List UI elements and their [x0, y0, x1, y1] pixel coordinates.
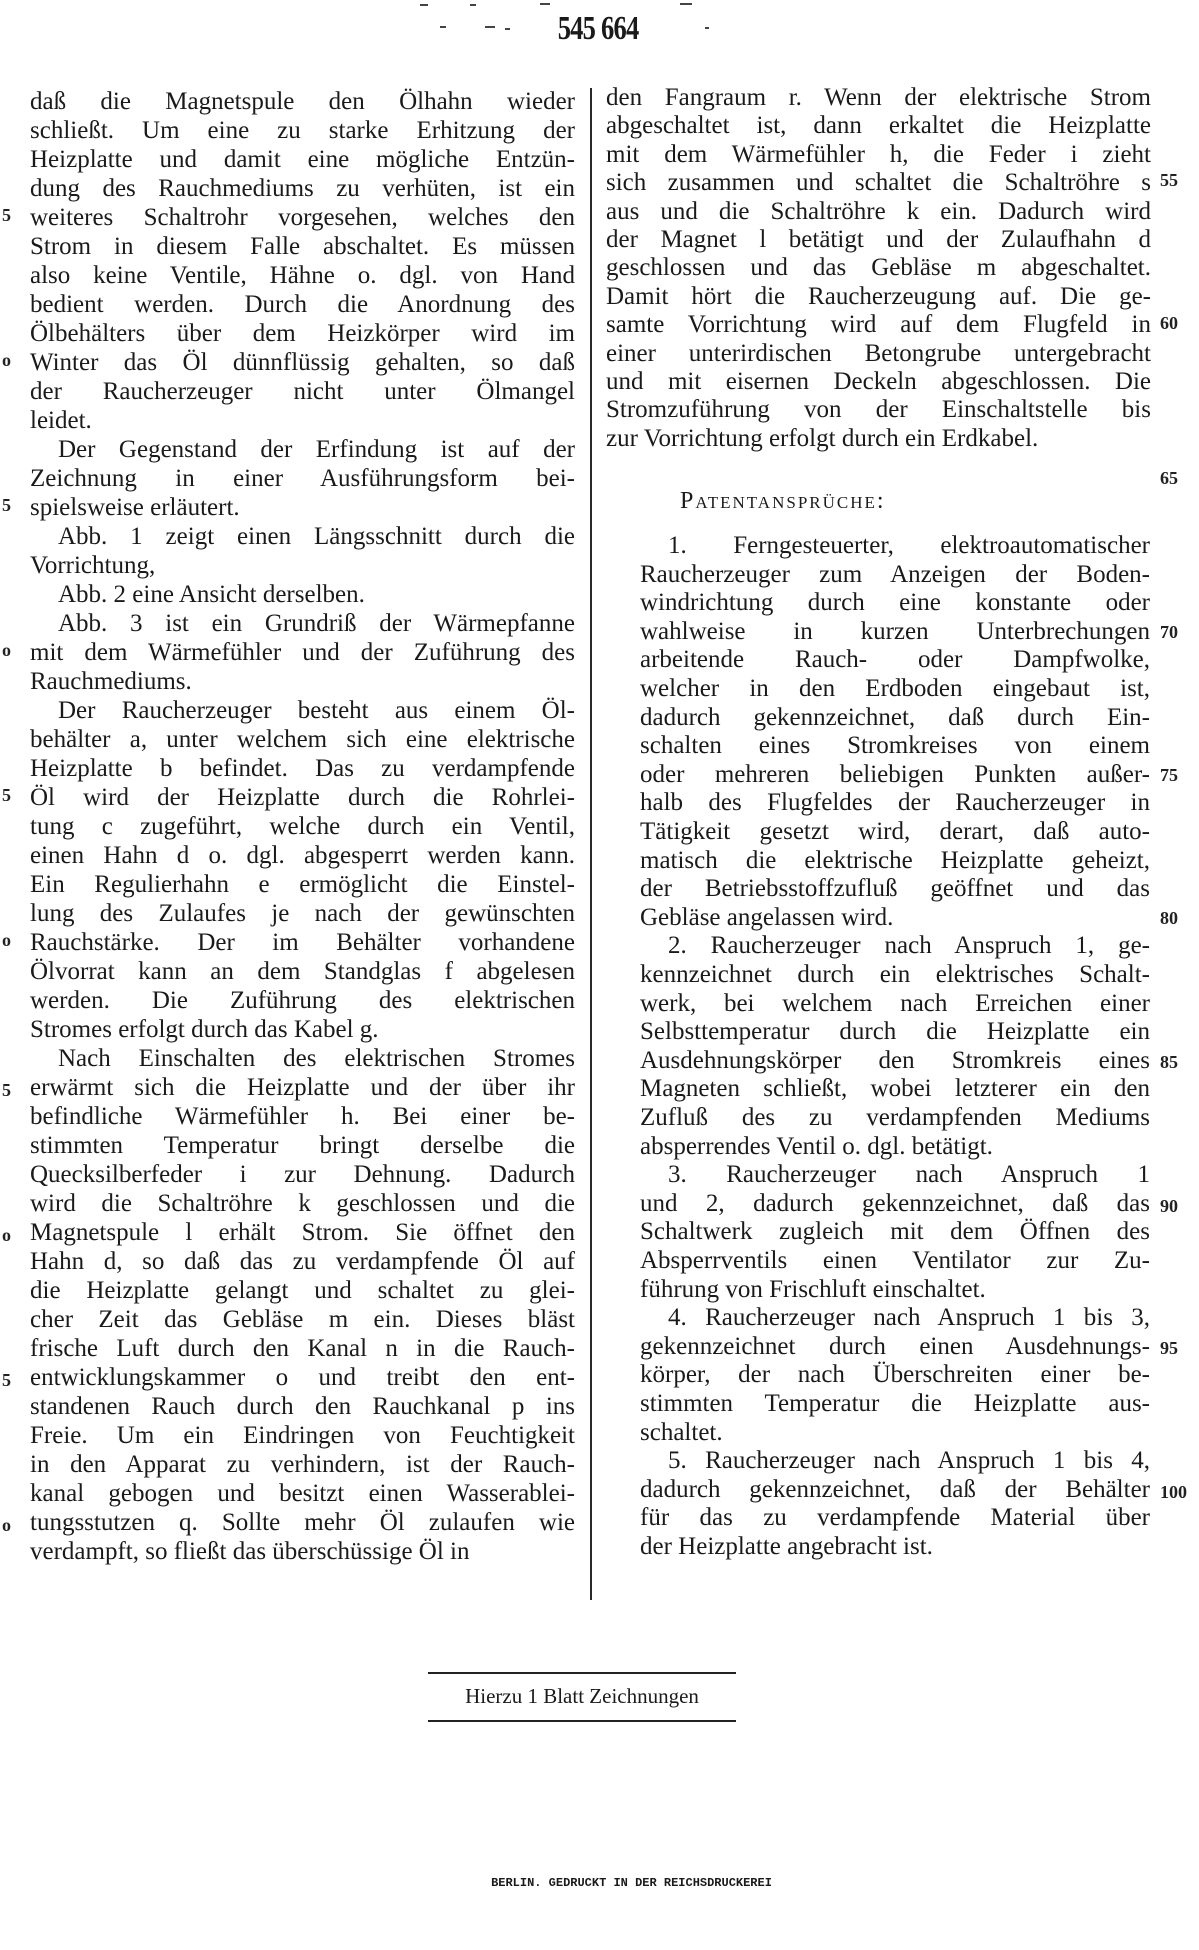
- text-line: dadurch gekennzeichnet, daß durch Ein-: [640, 704, 1150, 732]
- scan-artifact: [440, 26, 446, 28]
- text-line: Winter das Öl dünnflüssig gehalten, so d…: [30, 349, 575, 377]
- text-line: körper, der nach Überschreiten einer be-: [640, 1361, 1150, 1389]
- text-line: in den Apparat zu verhindern, ist der Ra…: [30, 1451, 575, 1479]
- text-line: daß die Magnetspule den Ölhahn wieder: [30, 88, 575, 116]
- text-line: Tätigkeit gesetzt wird, derart, daß auto…: [640, 818, 1150, 846]
- text-line: arbeitende Rauch- oder Dampfwolke,: [640, 646, 1150, 674]
- text-line: abgeschaltet ist, dann erkaltet die Heiz…: [606, 112, 1151, 140]
- text-line: und mit eisernen Deckeln abgeschlossen. …: [606, 368, 1151, 396]
- text-line: 1. Ferngesteuerter, elektroautomatischer: [640, 532, 1150, 560]
- text-line: werden. Die Zuführung des elektrischen: [30, 987, 575, 1015]
- text-line: cher Zeit das Gebläse m ein. Dieses bläs…: [30, 1306, 575, 1334]
- text-line: Der Raucherzeuger besteht aus einem Öl-: [30, 697, 575, 725]
- text-line: Heizplatte b befindet. Das zu verdampfen…: [30, 755, 575, 783]
- text-line: Heizplatte und damit eine mögliche Entzü…: [30, 146, 575, 174]
- text-line: 4. Raucherzeuger nach Anspruch 1 bis 3,: [640, 1304, 1150, 1332]
- drawings-note: Hierzu 1 Blatt Zeichnungen: [428, 1672, 736, 1722]
- printer-imprint: BERLIN. GEDRUCKT IN DER REICHSDRUCKEREI: [0, 1876, 1199, 1890]
- text-line: entwicklungskammer o und treibt den ent-: [30, 1364, 575, 1392]
- line-number: 55: [1160, 170, 1178, 191]
- text-line: Hahn d, so daß das zu verdampfende Öl au…: [30, 1248, 575, 1276]
- text-line: stimmten Temperatur bringt derselbe die: [30, 1132, 575, 1160]
- text-line: der Raucherzeuger nicht unter Ölmangel: [30, 378, 575, 406]
- text-line: Strom in diesem Falle abschaltet. Es müs…: [30, 233, 575, 261]
- text-line: einer unterirdischen Betongrube untergeb…: [606, 340, 1151, 368]
- scan-artifact: [705, 27, 709, 29]
- text-line: Rauchstärke. Der im Behälter vorhandene: [30, 929, 575, 957]
- text-line: 3. Raucherzeuger nach Anspruch 1: [640, 1161, 1150, 1189]
- text-line: die Heizplatte gelangt und schaltet zu g…: [30, 1277, 575, 1305]
- text-line: Öl wird der Heizplatte durch die Rohrlei…: [30, 784, 575, 812]
- scan-artifact: [470, 4, 476, 6]
- text-line: Abb. 1 zeigt einen Längsschnitt durch di…: [30, 523, 575, 551]
- line-number: 90: [1160, 1196, 1178, 1217]
- text-line: matisch die elektrische Heizplatte gehei…: [640, 847, 1150, 875]
- text-line: Stromzuführung von der Einschaltstelle b…: [606, 396, 1151, 424]
- scan-artifact: [420, 4, 428, 6]
- text-line: erwärmt sich die Heizplatte und der über…: [30, 1074, 575, 1102]
- text-line: dadurch gekennzeichnet, daß der Behälter: [640, 1476, 1150, 1504]
- text-line: Nach Einschalten des elektrischen Strome…: [30, 1045, 575, 1073]
- text-line: bedient werden. Durch die Anordnung des: [30, 291, 575, 319]
- line-number: 70: [1160, 622, 1178, 643]
- text-line: Gebläse angelassen wird.: [640, 904, 1150, 932]
- text-line: zur Vorrichtung erfolgt durch ein Erdkab…: [606, 425, 1151, 453]
- line-number: 80: [1160, 908, 1178, 929]
- text-line: Stromes erfolgt durch das Kabel g.: [30, 1016, 575, 1044]
- text-line: der Magnet l betätigt und der Zulaufhahn…: [606, 226, 1151, 254]
- text-line: mit dem Wärmefühler und der Zuführung de…: [30, 639, 575, 667]
- text-line: Der Gegenstand der Erfindung ist auf der: [30, 436, 575, 464]
- scan-artifact: [485, 26, 495, 28]
- text-line: Magnetspule l erhält Strom. Sie öffnet d…: [30, 1219, 575, 1247]
- text-line: einen Hahn d o. dgl. abgesperrt werden k…: [30, 842, 575, 870]
- text-line: Abb. 2 eine Ansicht derselben.: [30, 581, 575, 609]
- text-line: 5. Raucherzeuger nach Anspruch 1 bis 4,: [640, 1447, 1150, 1475]
- line-number: 100: [1160, 1482, 1187, 1503]
- scan-artifact: [680, 3, 692, 5]
- text-line: tung c zugeführt, welche durch ein Venti…: [30, 813, 575, 841]
- line-number: o: [2, 930, 11, 951]
- text-line: Selbsttemperatur durch die Heizplatte ei…: [640, 1018, 1150, 1046]
- text-line: frische Luft durch den Kanal n in die Ra…: [30, 1335, 575, 1363]
- text-line: kanal gebogen und besitzt einen Wasserab…: [30, 1480, 575, 1508]
- text-line: Raucherzeuger zum Anzeigen der Boden-: [640, 561, 1150, 589]
- text-line: dung des Rauchmediums zu verhüten, ist e…: [30, 175, 575, 203]
- text-line: für das zu verdampfende Material über: [640, 1504, 1150, 1532]
- text-line: oder mehreren beliebigen Punkten außer-: [640, 761, 1150, 789]
- text-line: Freie. Um ein Eindringen von Feuchtigkei…: [30, 1422, 575, 1450]
- scan-artifact: [505, 28, 510, 30]
- text-line: der Heizplatte angebracht ist.: [640, 1533, 1150, 1561]
- line-number: o: [2, 640, 11, 661]
- text-line: absperrendes Ventil o. dgl. betätigt.: [640, 1133, 1150, 1161]
- text-line: Ein Regulierhahn e ermöglicht die Einste…: [30, 871, 575, 899]
- text-line: wahlweise in kurzen Unterbrechungen: [640, 618, 1150, 646]
- text-line: stimmten Temperatur die Heizplatte aus-: [640, 1390, 1150, 1418]
- claims-heading: Patentansprüche:: [680, 488, 886, 515]
- line-number: 5: [2, 785, 11, 806]
- patent-number: 545 664: [130, 10, 1065, 48]
- text-line: geschlossen und das Gebläse m abgeschalt…: [606, 254, 1151, 282]
- text-line: samte Vorrichtung wird auf dem Flugfeld …: [606, 311, 1151, 339]
- text-line: aus und die Schaltröhre k ein. Dadurch w…: [606, 198, 1151, 226]
- line-number: o: [2, 350, 11, 371]
- text-line: Abb. 3 ist ein Grundriß der Wärmepfanne: [30, 610, 575, 638]
- text-line: der Betriebsstoffzufluß geöffnet und das: [640, 875, 1150, 903]
- text-line: wird die Schaltröhre k geschlossen und d…: [30, 1190, 575, 1218]
- text-line: Rauchmediums.: [30, 668, 575, 696]
- column-divider: [590, 88, 592, 1600]
- line-number: o: [2, 1225, 11, 1246]
- text-line: Magneten schließt, wobei letzterer ein d…: [640, 1075, 1150, 1103]
- text-line: schließt. Um eine zu starke Erhitzung de…: [30, 117, 575, 145]
- text-line: Ölvorrat kann an dem Standglas f abgeles…: [30, 958, 575, 986]
- text-line: kennzeichnet durch ein elektrisches Scha…: [640, 961, 1150, 989]
- text-line: schaltet.: [640, 1419, 1150, 1447]
- text-line: verdampft, so fließt das überschüssige Ö…: [30, 1538, 575, 1566]
- text-line: spielsweise erläutert.: [30, 494, 575, 522]
- text-line: weiteres Schaltrohr vorgesehen, welches …: [30, 204, 575, 232]
- text-line: sich zusammen und schaltet die Schaltröh…: [606, 169, 1151, 197]
- line-number: 65: [1160, 468, 1178, 489]
- text-line: Schaltwerk zugleich mit dem Öffnen des: [640, 1218, 1150, 1246]
- text-line: lung des Zulaufes je nach der gewünschte…: [30, 900, 575, 928]
- line-number: 5: [2, 1080, 11, 1101]
- text-line: also keine Ventile, Hähne o. dgl. von Ha…: [30, 262, 575, 290]
- text-line: Vorrichtung,: [30, 552, 575, 580]
- line-number: 60: [1160, 313, 1178, 334]
- line-number: 5: [2, 495, 11, 516]
- text-line: standenen Rauch durch den Rauchkanal p i…: [30, 1393, 575, 1421]
- text-line: tungsstutzen q. Sollte mehr Öl zulaufen …: [30, 1509, 575, 1537]
- text-line: windrichtung durch eine konstante oder: [640, 589, 1150, 617]
- text-line: Quecksilberfeder i zur Dehnung. Dadurch: [30, 1161, 575, 1189]
- line-number: 95: [1160, 1338, 1178, 1359]
- line-number: 5: [2, 205, 11, 226]
- text-line: leidet.: [30, 407, 575, 435]
- text-line: Ausdehnungskörper den Stromkreis eines: [640, 1047, 1150, 1075]
- text-line: und 2, dadurch gekennzeichnet, daß das: [640, 1190, 1150, 1218]
- text-line: werk, bei welchem nach Erreichen einer: [640, 990, 1150, 1018]
- text-line: behälter a, unter welchem sich eine elek…: [30, 726, 575, 754]
- text-line: welcher in den Erdboden eingebaut ist,: [640, 675, 1150, 703]
- line-number: o: [2, 1515, 11, 1536]
- text-line: führung von Frischluft einschaltet.: [640, 1276, 1150, 1304]
- text-line: Zeichnung in einer Ausführungsform bei-: [30, 465, 575, 493]
- text-line: schalten eines Stromkreises von einem: [640, 732, 1150, 760]
- line-number: 75: [1160, 765, 1178, 786]
- scan-artifact: [540, 3, 550, 5]
- text-line: halb des Flugfeldes der Raucherzeuger in: [640, 789, 1150, 817]
- line-number: 5: [2, 1370, 11, 1391]
- text-line: Damit hört die Raucherzeugung auf. Die g…: [606, 283, 1151, 311]
- text-line: Zufluß des zu verdampfenden Mediums: [640, 1104, 1150, 1132]
- text-line: Ölbehälters über dem Heizkörper wird im: [30, 320, 575, 348]
- text-line: befindliche Wärmefühler h. Bei einer be-: [30, 1103, 575, 1131]
- line-number: 85: [1160, 1052, 1178, 1073]
- text-line: Absperrventils einen Ventilator zur Zu-: [640, 1247, 1150, 1275]
- text-line: gekennzeichnet durch einen Ausdehnungs-: [640, 1333, 1150, 1361]
- text-line: 2. Raucherzeuger nach Anspruch 1, ge-: [640, 932, 1150, 960]
- text-line: mit dem Wärmefühler h, die Feder i zieht: [606, 141, 1151, 169]
- text-line: den Fangraum r. Wenn der elektrische Str…: [606, 84, 1151, 112]
